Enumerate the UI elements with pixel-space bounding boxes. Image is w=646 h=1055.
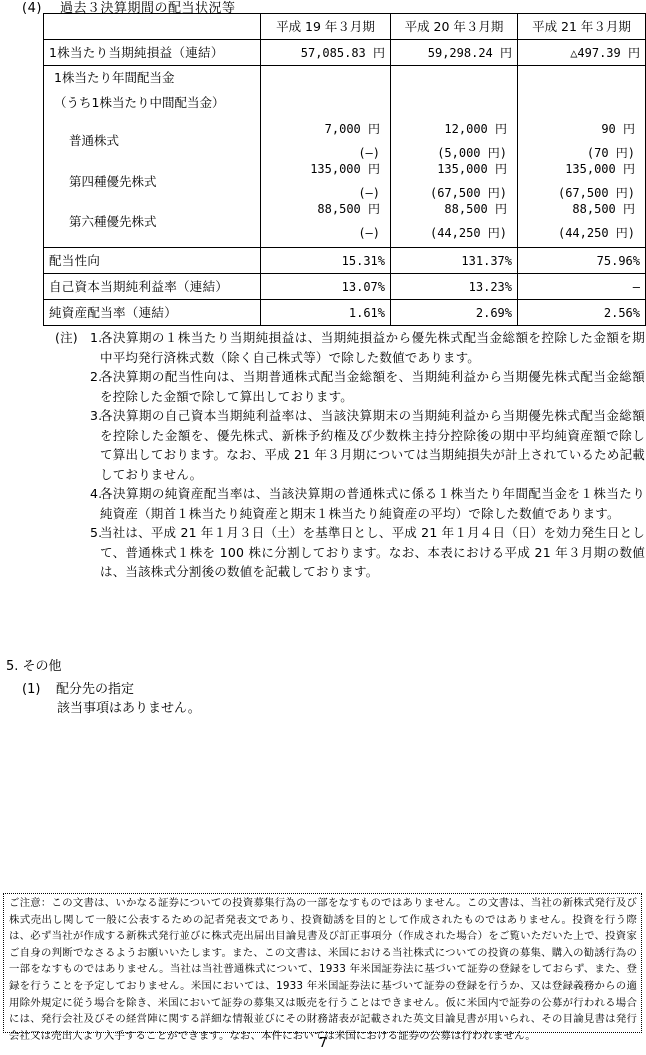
dividend-block-row: 1株当たり年間配当金 （うち1株当たり中間配当金） 普通株式 第四種優先株式 第… <box>44 66 646 248</box>
interim-dividend: (5,000 円) <box>437 145 507 161</box>
row-label: 1株当たり当期純損益（連結） <box>44 40 261 66</box>
note-number: 3. <box>90 406 102 426</box>
annual-dividend: 135,000 円 <box>565 161 635 177</box>
interim-dividend: (—) <box>358 185 380 201</box>
annual-dividend: 7,000 円 <box>325 121 380 137</box>
note-item: 3. 各決算期の自己資本当期純利益率は、当該決算期末の当期純利益から当期優先株式… <box>55 406 645 484</box>
table-header-cell: 平成 20 年３月期 <box>391 14 518 40</box>
note-text: 各決算期の純資産配当率は、当該決算期の普通株式に係る１株当たり年間配当金を１株当… <box>100 486 645 521</box>
dividend-block-values: 90 円 (70 円) 135,000 円 (67,500 円) 88,500 … <box>518 66 646 248</box>
interim-dividend: (—) <box>358 145 380 161</box>
interim-dividend: (—) <box>358 225 380 241</box>
share-class-label: 第六種優先株式 <box>69 214 157 230</box>
table-row: 配当性向 15.31% 131.37% 75.96% <box>44 248 646 274</box>
table-row: 自己資本当期純利益率（連結） 13.07% 13.23% — <box>44 274 646 300</box>
interim-dividend: (67,500 円) <box>558 185 635 201</box>
row-label: 1株当たり年間配当金 <box>54 70 174 86</box>
table-cell: 2.56% <box>518 300 646 326</box>
note-number: 2. <box>90 367 102 387</box>
share-class-label: 第四種優先株式 <box>69 174 157 190</box>
table-header-row: 平成 19 年３月期 平成 20 年３月期 平成 21 年３月期 <box>44 14 646 40</box>
note-number: 5. <box>90 523 102 543</box>
disclaimer-text: ご注意：この文書は、いかなる証券についての投資募集行為の一部をなすものではありま… <box>9 897 637 1042</box>
page-number: 7 <box>0 1036 646 1051</box>
table-cell: — <box>518 274 646 300</box>
note-text: 各決算期の自己資本当期純利益率は、当該決算期末の当期純利益から当期優先株式配当金… <box>100 408 645 482</box>
table-header-cell: 平成 21 年３月期 <box>518 14 646 40</box>
table-row: 1株当たり当期純損益（連結） 57,085.83 円 59,298.24 円 △… <box>44 40 646 66</box>
interim-dividend: (70 円) <box>587 145 635 161</box>
subsection-title: 配分先の指定 <box>56 682 134 697</box>
row-label: 自己資本当期純利益率（連結） <box>44 274 261 300</box>
note-item: (注)1. 各決算期の１株当たり当期純損益は、当期純損益から優先株式配当金総額を… <box>55 328 645 367</box>
row-label: 純資産配当率（連結） <box>44 300 261 326</box>
notes: (注)1. 各決算期の１株当たり当期純損益は、当期純損益から優先株式配当金総額を… <box>55 328 645 582</box>
table-cell: 13.07% <box>261 274 391 300</box>
annual-dividend: 88,500 円 <box>317 201 380 217</box>
annual-dividend: 90 円 <box>601 121 635 137</box>
annual-dividend: 135,000 円 <box>437 161 507 177</box>
table-cell: 2.69% <box>391 300 518 326</box>
note-item: 2. 各決算期の配当性向は、当期普通株式配当金総額を、当期純利益から当期優先株式… <box>55 367 645 406</box>
dividend-block-values: 7,000 円 (—) 135,000 円 (—) 88,500 円 (—) <box>261 66 391 248</box>
table-cell: 131.37% <box>391 248 518 274</box>
note-number: 4. <box>90 484 102 504</box>
subsection-1-body: 該当事項はありません。 <box>57 697 201 716</box>
note-text: 当社は、平成 21 年１月３日（土）を基準日とし、平成 21 年１月４日（日）を… <box>100 525 645 579</box>
note-item: 5. 当社は、平成 21 年１月３日（土）を基準日とし、平成 21 年１月４日（… <box>55 523 645 582</box>
dividend-block-labels: 1株当たり年間配当金 （うち1株当たり中間配当金） 普通株式 第四種優先株式 第… <box>44 66 261 248</box>
annual-dividend: 135,000 円 <box>310 161 380 177</box>
interim-dividend: (44,250 円) <box>430 225 507 241</box>
dividend-block-values: 12,000 円 (5,000 円) 135,000 円 (67,500 円) … <box>391 66 518 248</box>
table-cell: 1.61% <box>261 300 391 326</box>
table-header-cell: 平成 19 年３月期 <box>261 14 391 40</box>
dividend-table: 平成 19 年３月期 平成 20 年３月期 平成 21 年３月期 1株当たり当期… <box>43 13 646 326</box>
note-text: 各決算期の１株当たり当期純損益は、当期純損益から優先株式配当金総額を控除した金額… <box>100 330 645 365</box>
table-cell: 13.23% <box>391 274 518 300</box>
disclaimer-box: ご注意：この文書は、いかなる証券についての投資募集行為の一部をなすものではありま… <box>3 893 642 1033</box>
note-text: 各決算期の配当性向は、当期普通株式配当金総額を、当期純利益から当期優先株式配当金… <box>100 369 645 404</box>
row-sublabel: （うち1株当たり中間配当金） <box>54 95 224 111</box>
note-item: 4. 各決算期の純資産配当率は、当該決算期の普通株式に係る１株当たり年間配当金を… <box>55 484 645 523</box>
table-cell: △497.39 円 <box>518 40 646 66</box>
note-number: 1. <box>90 328 102 348</box>
table-row: 純資産配当率（連結） 1.61% 2.69% 2.56% <box>44 300 646 326</box>
share-class-label: 普通株式 <box>69 133 119 149</box>
table-cell: 75.96% <box>518 248 646 274</box>
row-label: 配当性向 <box>44 248 261 274</box>
section-5-title: 5. その他 <box>6 655 62 674</box>
table-header-cell <box>44 14 261 40</box>
annual-dividend: 12,000 円 <box>444 121 507 137</box>
interim-dividend: (67,500 円) <box>430 185 507 201</box>
subsection-number: (1) <box>22 682 56 697</box>
annual-dividend: 88,500 円 <box>444 201 507 217</box>
table-cell: 57,085.83 円 <box>261 40 391 66</box>
table-cell: 59,298.24 円 <box>391 40 518 66</box>
interim-dividend: (44,250 円) <box>558 225 635 241</box>
annual-dividend: 88,500 円 <box>572 201 635 217</box>
table-cell: 15.31% <box>261 248 391 274</box>
notes-marker: (注) <box>55 328 78 348</box>
subsection-1-heading: (1)配分先の指定 <box>22 678 134 697</box>
